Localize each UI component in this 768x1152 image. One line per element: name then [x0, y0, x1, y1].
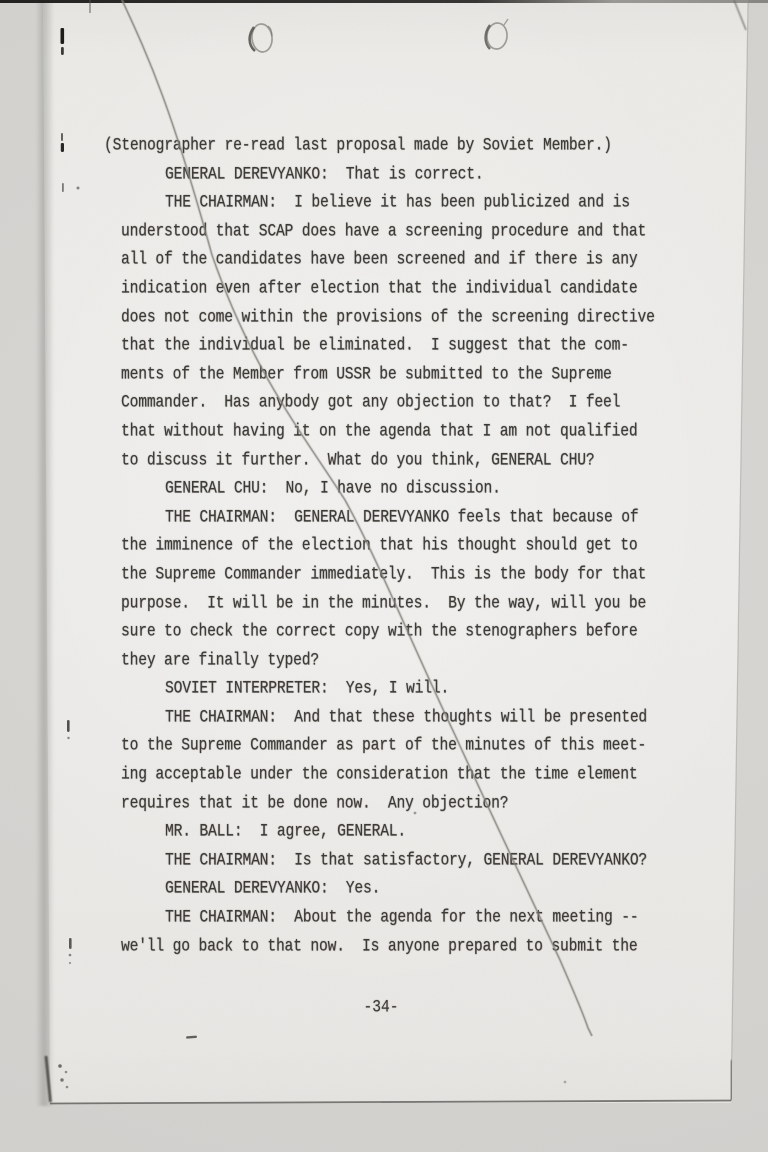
- paper-left-edge-shadow: [36, 0, 54, 1106]
- transcript-line: we'll go back to that now. Is anyone pre…: [104, 929, 704, 964]
- transcript-text: (Stenographer re-read last proposal made…: [104, 132, 704, 961]
- page-number: -34-: [331, 991, 431, 1025]
- scan-top-border: [0, 0, 768, 3]
- scanned-document-page: (Stenographer re-read last proposal made…: [0, 0, 768, 1152]
